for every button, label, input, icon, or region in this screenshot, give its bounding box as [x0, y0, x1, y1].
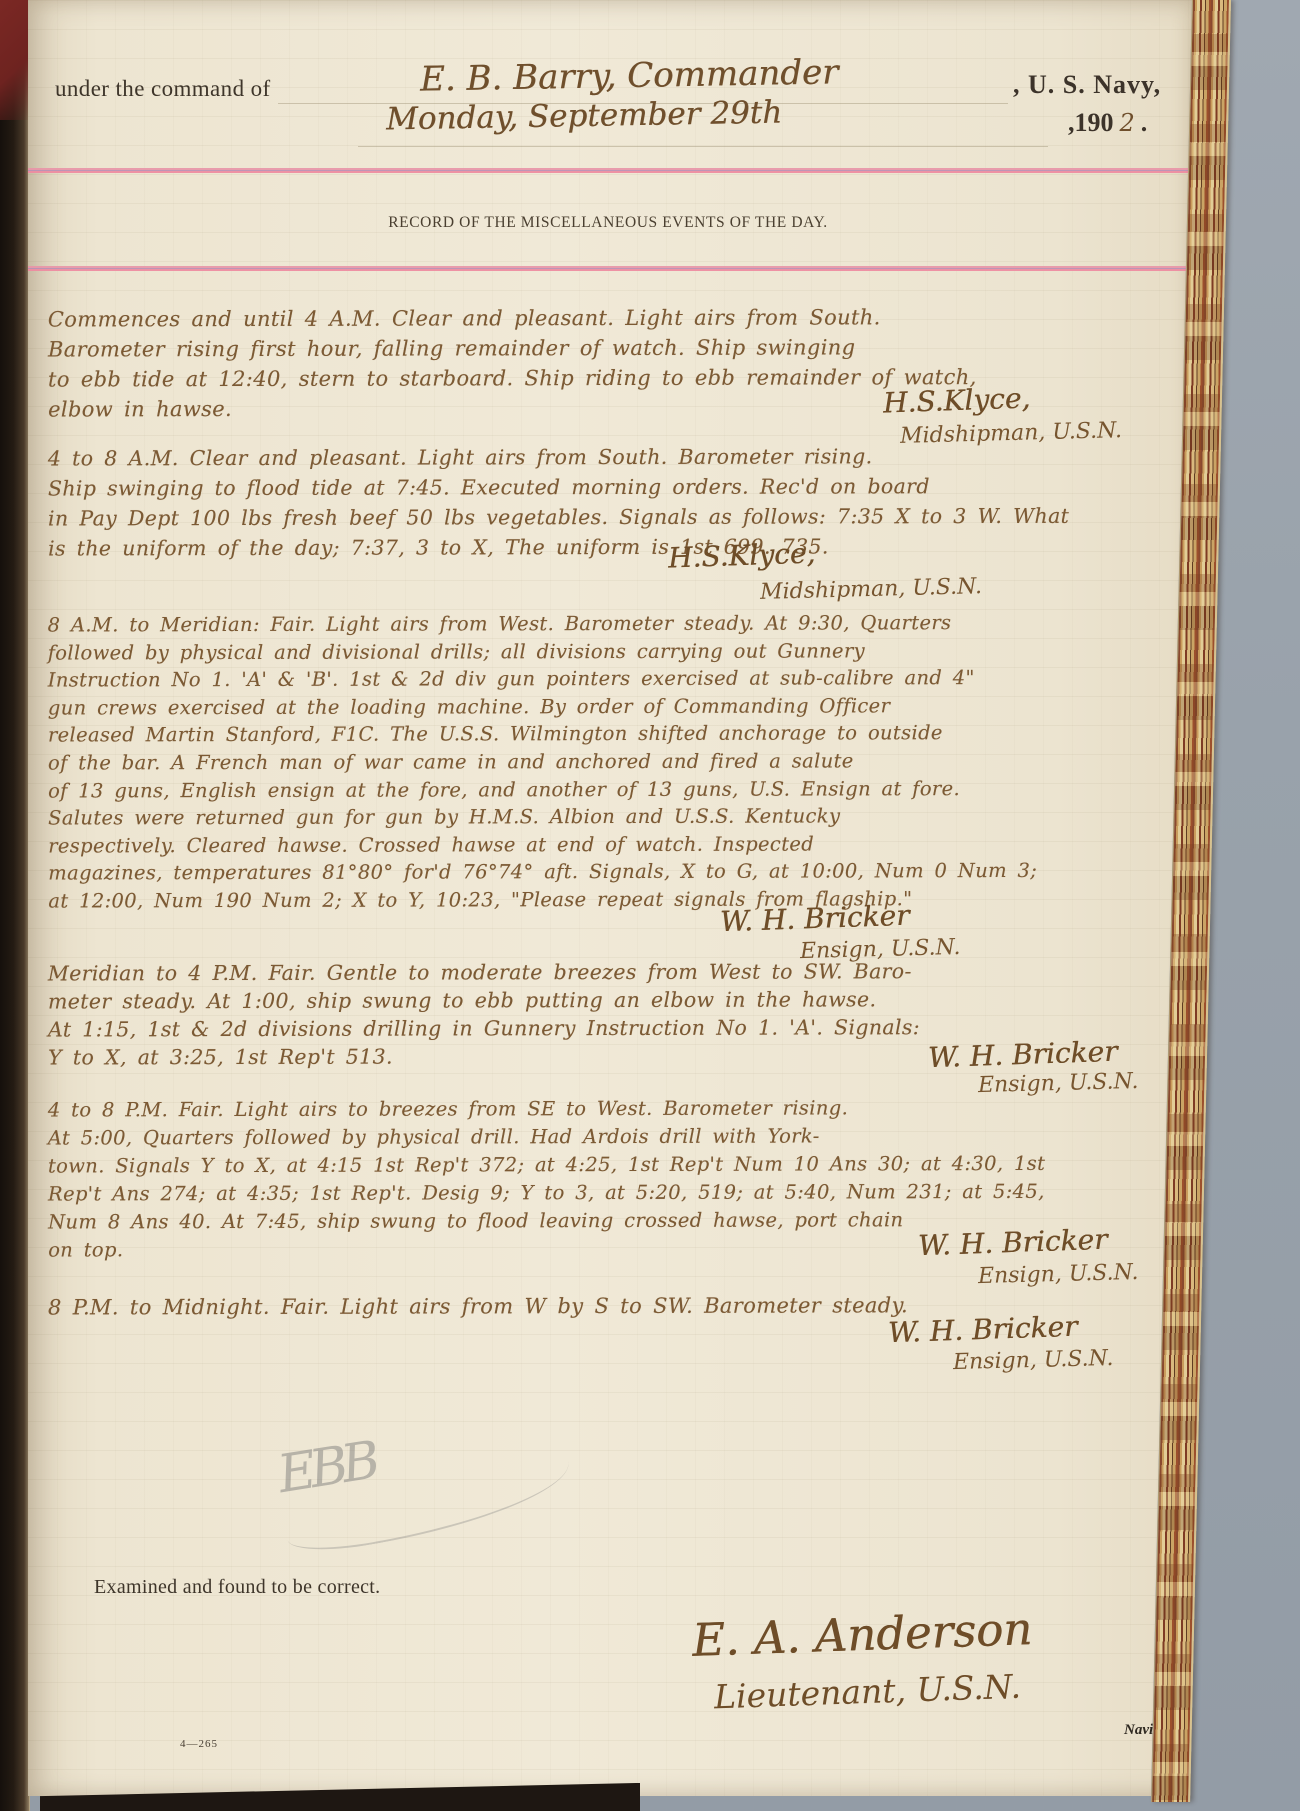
log-line: Barometer rising first hour, falling rem…: [48, 335, 1188, 368]
log-line: Salutes were returned gun for gun by H.M…: [48, 804, 1188, 835]
log-line: at 12:00, Num 190 Num 2; X to Y, 10:23, …: [48, 886, 1188, 917]
examined-statement: Examined and found to be correct.: [94, 1576, 380, 1599]
log-line: Meridian to 4 P.M. Fair. Gentle to moder…: [48, 959, 1188, 990]
log-line: 8 A.M. to Meridian: Fair. Light airs fro…: [48, 611, 1188, 642]
log-line: of 13 guns, English ensign at the fore, …: [48, 776, 1188, 807]
log-entries-area: Commences and until 4 A.M. Clear and ple…: [28, 0, 1192, 1796]
log-line: magazines, temperatures 81°80° for'd 76°…: [48, 859, 1188, 890]
signature-name: H.S.Klyce,: [667, 536, 815, 574]
log-line: in Pay Dept 100 lbs fresh beef 50 lbs ve…: [48, 504, 1188, 537]
log-line: Ship swinging to flood tide at 7:45. Exe…: [48, 474, 1188, 507]
log-line: At 5:00, Quarters followed by physical d…: [48, 1124, 1188, 1155]
log-line: followed by physical and divisional dril…: [48, 638, 1188, 669]
log-line: respectively. Cleared hawse. Crossed haw…: [48, 831, 1188, 862]
signature-title: Midshipman, U.S.N.: [760, 574, 983, 605]
signature-name: W. H. Bricker: [719, 899, 909, 939]
log-line: Commences and until 4 A.M. Clear and ple…: [48, 305, 1188, 338]
log-entry-2: 4 to 8 A.M. Clear and pleasant. Light ai…: [48, 444, 1188, 567]
book-binding-edge: [0, 0, 30, 1811]
signature-title: Ensign, U.S.N.: [978, 1069, 1139, 1098]
log-line: 4 to 8 P.M. Fair. Light airs to breezes …: [48, 1096, 1188, 1127]
log-entry-3: 8 A.M. to Meridian: Fair. Light airs fro…: [48, 611, 1189, 918]
log-line: is the uniform of the day; 7:37, 3 to X,…: [48, 534, 1188, 567]
log-line: 4 to 8 A.M. Clear and pleasant. Light ai…: [48, 444, 1188, 477]
log-line: released Martin Stanford, F1C. The U.S.S…: [48, 721, 1188, 752]
signature-title: Ensign, U.S.N.: [978, 1260, 1139, 1289]
signature-name: W. H. Bricker: [927, 1035, 1117, 1075]
log-line: gun crews exercised at the loading machi…: [48, 693, 1188, 724]
logbook-page: under the command of E. B. Barry, Comman…: [28, 0, 1192, 1796]
log-line: Rep't Ans 274; at 4:35; 1st Rep't. Desig…: [48, 1180, 1188, 1211]
signature-title: Ensign, U.S.N.: [953, 1346, 1114, 1375]
signature-name: H.S.Klyce,: [882, 381, 1030, 419]
log-line: town. Signals Y to X, at 4:15 1st Rep't …: [48, 1152, 1188, 1183]
signature-name: W. H. Bricker: [917, 1223, 1107, 1263]
logbook-scan: { "header": { "printed_prefix": "under t…: [0, 0, 1300, 1811]
signature-name: W. H. Bricker: [887, 1310, 1077, 1350]
log-line: Instruction No 1. 'A' & 'B'. 1st & 2d di…: [48, 666, 1188, 697]
log-line: meter steady. At 1:00, ship swung to ebb…: [48, 987, 1188, 1018]
form-number: 4—265: [180, 1738, 218, 1750]
log-line: of the bar. A French man of war came in …: [48, 748, 1188, 779]
